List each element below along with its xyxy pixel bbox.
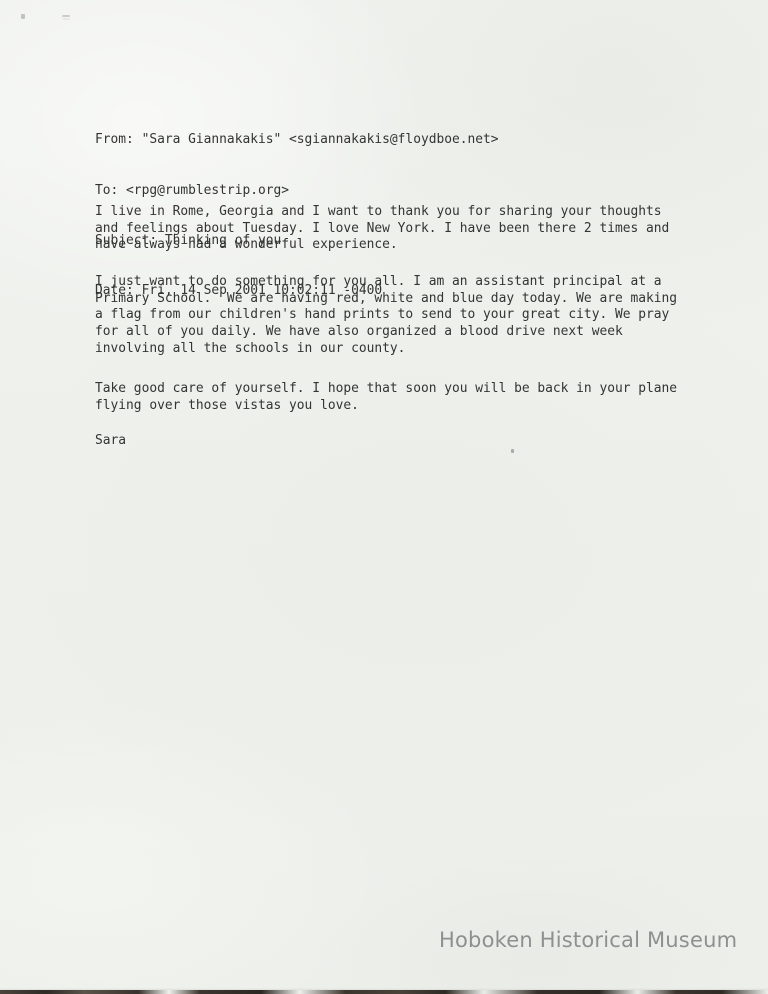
email-paragraph-2: I just want to do something for you all.…	[95, 274, 677, 358]
email-to-line: To: <rpg@rumblestrip.org>	[95, 183, 499, 200]
email-signature: Sara	[95, 433, 126, 450]
scanned-email-page: From: "Sara Giannakakis" <sgiannakakis@f…	[0, 0, 768, 994]
email-paragraph-3: Take good care of yourself. I hope that …	[95, 381, 677, 414]
scan-speck-top-left-1	[21, 14, 25, 19]
scan-speck-top-left-2	[62, 15, 70, 17]
email-paragraph-1: I live in Rome, Georgia and I want to th…	[95, 204, 669, 254]
email-from-line: From: "Sara Giannakakis" <sgiannakakis@f…	[95, 132, 499, 149]
scanner-bottom-edge	[0, 990, 768, 994]
scan-speck-middle	[511, 449, 514, 453]
museum-watermark: Hoboken Historical Museum	[439, 928, 737, 952]
